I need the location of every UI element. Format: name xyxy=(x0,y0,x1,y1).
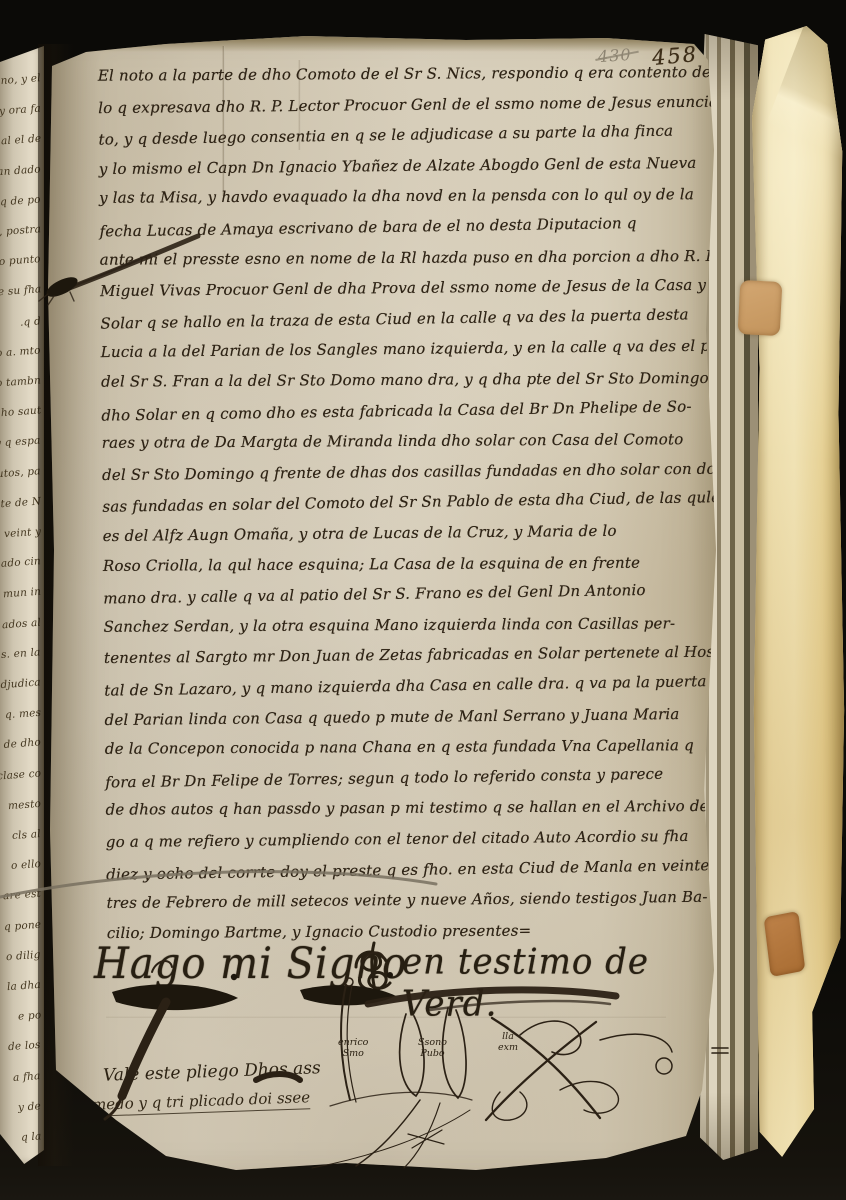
previous-page-fragment: q d. xyxy=(20,315,42,328)
manuscript-line: dho Solar en q como dho es esta fabricad… xyxy=(101,397,692,424)
rubric-label: lla exm xyxy=(498,1032,518,1053)
previous-page-fragment: quado cin xyxy=(0,555,41,571)
rubric-word: Smo xyxy=(338,1049,368,1060)
manuscript-page: 430 458 El noto a la parte de dho Comoto… xyxy=(46,30,722,1180)
rubric-word: Pubo xyxy=(418,1049,447,1060)
previous-page-fragment: y q espa xyxy=(0,435,41,450)
previous-page-fragment: a fha xyxy=(13,1070,41,1084)
previous-page-fragment: o tambn xyxy=(0,374,41,389)
cover-fold-corner xyxy=(752,26,846,176)
previous-page-fragment: adjudica xyxy=(0,676,41,691)
previous-page-fragment: q. mes xyxy=(4,707,41,721)
previous-page-fragment: q de po xyxy=(0,193,41,208)
previous-page-fragment: dho punto xyxy=(0,253,41,269)
manuscript-line: to, y q desde luego consentia en q se le… xyxy=(98,122,673,149)
manuscript-line: tres de Febrero de mill setecos veinte y… xyxy=(106,888,707,912)
attestation-line: Hago mi Signo en testimo de Verd. xyxy=(94,935,694,999)
previous-page-fragment: Autos, pa xyxy=(0,465,41,481)
previous-page-fragment: o dilig xyxy=(6,949,41,963)
manuscript-line: fecha Lucas de Amaya escrivano de bara d… xyxy=(99,214,636,240)
manuscript-line: y lo mismo el Capn Dn Ignacio Ybañez de … xyxy=(99,154,697,178)
previous-page-fragment: te de N. xyxy=(0,495,41,510)
repair-patch-top xyxy=(738,280,783,336)
previous-page-fragment: mesto xyxy=(8,798,42,812)
notarial-knot-icon xyxy=(346,937,402,999)
previous-page-fragment: ados al xyxy=(2,616,42,631)
rubric-word: Ssono xyxy=(418,1038,447,1049)
manuscript-line: de la Concepon conocida p nana Chana en … xyxy=(105,736,694,758)
repair-patch-bottom xyxy=(764,911,806,977)
manuscript-line: tenentes al Sargto mr Don Juan de Zetas … xyxy=(104,643,742,668)
previous-page-fragment: mun in xyxy=(2,586,41,601)
previous-page-fragment: dho saut xyxy=(0,405,41,420)
vellum-cover xyxy=(752,26,846,1166)
previous-page-fragment: y ora fa xyxy=(0,103,41,118)
previous-page-fragment: els. en la xyxy=(0,646,41,661)
manuscript-line: Sanchez Serdan, y la otra esquina Mano i… xyxy=(104,614,676,635)
previous-page-fragment: la dha xyxy=(7,979,42,993)
previous-page-fragment: o a. mto xyxy=(0,344,41,359)
manuscript-line: es del Alfz Augn Omaña, y otra de Lucas … xyxy=(103,522,617,545)
previous-page-fragment: vano, y el xyxy=(0,72,41,88)
previous-page-fragment: veint y xyxy=(3,526,41,541)
previous-page-fragment: y de xyxy=(18,1100,42,1114)
manuscript-line: Miguel Vivas Procuor Genl de dha Prova d… xyxy=(100,276,706,300)
previous-page-fragment: de los xyxy=(8,1039,41,1053)
manuscript-photo: vano, y ely ora faal el devan dadoq de p… xyxy=(0,0,846,1200)
manuscript-line: Solar q se hallo en la traza de esta Ciu… xyxy=(100,305,689,332)
previous-page-fragment: van dado xyxy=(0,163,41,178)
manuscript-line: ante mi el presste esno en nome de la Rl… xyxy=(100,246,740,268)
manuscript-line: sas fundadas en solar del Comoto del Sr … xyxy=(102,488,763,516)
previous-page-fragment: q pone xyxy=(3,918,41,933)
manuscript-line: diez y ocho del corrte doy el preste q e… xyxy=(106,856,723,884)
previous-page-fragment: q la xyxy=(20,1130,41,1143)
manuscript-line: Roso Criolla, la qul hace esquina; La Ca… xyxy=(103,553,640,574)
previous-page-fragment: cls al xyxy=(12,828,42,842)
manuscript-line: de dhos autos q han passdo y pasan p mi … xyxy=(105,797,768,819)
previous-page-fragment: clase co xyxy=(0,767,41,782)
previous-page-fragment: are est xyxy=(3,888,42,903)
manuscript-line: del Parian linda con Casa q quedo p mute… xyxy=(104,705,679,729)
manuscript-line: El noto a la parte de dho Comoto de el S… xyxy=(98,63,751,85)
manuscript-line: fora el Br Dn Felipe de Torres; segun q … xyxy=(105,765,663,792)
manuscript-line: lo q expresava dho R. P. Lector Procuor … xyxy=(98,91,785,116)
previous-page-fragment: le, postra xyxy=(0,223,41,239)
manuscript-line: go a q me refiero y cumpliendo con el te… xyxy=(106,827,689,851)
attestation-right-text: en testimo de Verd. xyxy=(402,941,694,1025)
manuscript-line: del Sr S. Fran a la del Sr Sto Domo mano… xyxy=(101,369,753,391)
rubric-label: Ssono Pubo xyxy=(418,1038,447,1059)
manuscript-line: mano dra. y calle q va al patio del Sr S… xyxy=(103,581,646,608)
previous-page-fragment: e po xyxy=(17,1009,41,1023)
previous-page-fragment: y de dho xyxy=(0,737,41,752)
manuscript-line: del Sr Sto Domingo q frente de dhas dos … xyxy=(102,459,755,484)
rubric-word: enrico xyxy=(338,1038,368,1049)
previous-page-edge: vano, y ely ora faal el devan dadoq de p… xyxy=(0,46,44,1164)
manuscript-line: y las ta Misa, y havdo evaquado la dha n… xyxy=(99,186,694,208)
manuscript-line: tal de Sn Lazaro, y q mano izquierda dha… xyxy=(104,672,707,699)
previous-page-fragment: o ello xyxy=(10,858,41,872)
previous-page-fragment: al el de xyxy=(0,133,41,148)
rubric-label: enrico Smo xyxy=(338,1038,368,1059)
rubric-word: exm xyxy=(498,1043,518,1054)
manuscript-line: raes y otra de Da Margta de Miranda lind… xyxy=(102,430,684,452)
previous-page-fragment: de su fha xyxy=(0,284,41,299)
rubric-word: lla xyxy=(498,1032,518,1043)
